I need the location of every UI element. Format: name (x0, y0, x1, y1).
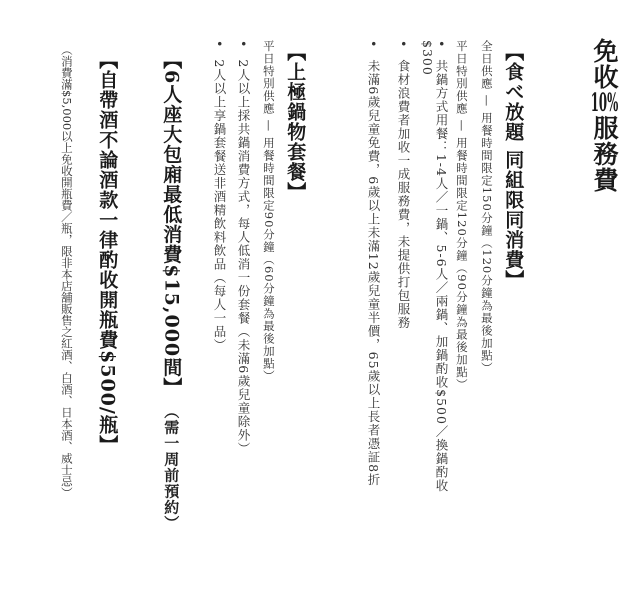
bullet-icon: • (396, 40, 410, 48)
section-1-note-2: 平日特別供應 — 用餐時間限定120分鐘（90分鐘為最後加點） (455, 40, 468, 391)
section-2-note-1: 平日特別供應 — 用餐時間限定90分鐘（60分鐘為最後加點） (262, 40, 275, 383)
section-2-bullet-1: • 2人以上採共鍋消費方式，每人低消一份套餐（未滿6歲兒童除外） (236, 40, 250, 455)
reservation-note: （需一周前預約） (162, 411, 180, 532)
title-text-2: 10% (590, 90, 619, 115)
bullet-icon: • (366, 40, 380, 48)
bullet-text: 2人以上採共鍋消費方式，每人低消一份套餐（未滿6歲兒童除外） (236, 59, 251, 455)
bullet-text: 共鍋方式用餐：1-4人／一鍋、5-6人／兩鍋、加鍋酌收$500／換鍋酌收$300 (420, 40, 449, 492)
section-1-note-1: 全日供應 — 用餐時間限定150分鐘（120分鐘為最後加點） (480, 40, 493, 374)
section-1-bullet-1: • 共鍋方式用餐：1-4人／一鍋、5-6人／兩鍋、加鍋酌收$500／換鍋酌收$3… (420, 40, 448, 500)
bullet-icon: • (212, 40, 226, 48)
title-text-1: 免收 (590, 38, 619, 90)
title-line-1: 免收10%服務費 (591, 38, 617, 193)
private-room-heading: 【6人座大包廂最低消費$15,000間】 (160, 50, 182, 397)
bullet-text: 未滿6歲兒童免費，6歲以上未滿12歲兒童半價，65歲以上長者憑証8折 (366, 59, 381, 486)
section-3-heading: 【6人座大包廂最低消費$15,000間】（需一周前預約） (160, 50, 181, 532)
section-1-bullet-2: • 食材浪費者加收一成服務費，未提供打包服務 (396, 40, 410, 329)
bullet-text: 食材浪費者加收一成服務費，未提供打包服務 (396, 59, 411, 329)
section-1-heading: 【食べ放題 同組限同消費】 (502, 42, 523, 290)
bullet-icon: • (236, 40, 250, 48)
title-text-3: 服務費 (590, 115, 619, 193)
policy-notice: 免收10%服務費 【食べ放題 同組限同消費】 全日供應 — 用餐時間限定150分… (0, 0, 629, 596)
section-2-bullet-2: • 2人以上享鍋套餐送非酒精飲料飲品（每人一品） (212, 40, 226, 352)
bullet-text: 2人以上享鍋套餐送非酒精飲料飲品（每人一品） (212, 59, 227, 351)
section-4-heading: 【自帶酒不論酒款一律酌收開瓶費$500/瓶】 (96, 50, 117, 455)
section-2-heading: 【上極鍋物套餐】 (284, 42, 305, 202)
bullet-icon: • (434, 40, 448, 48)
section-1-bullet-3: • 未滿6歲兒童免費，6歲以上未滿12歲兒童半價，65歲以上長者憑証8折 (366, 40, 380, 487)
section-4-note: （消費滿$5,000以上免收開瓶費／瓶，限非本店舖販售之紅酒、白酒、日本酒、威士… (60, 44, 73, 498)
